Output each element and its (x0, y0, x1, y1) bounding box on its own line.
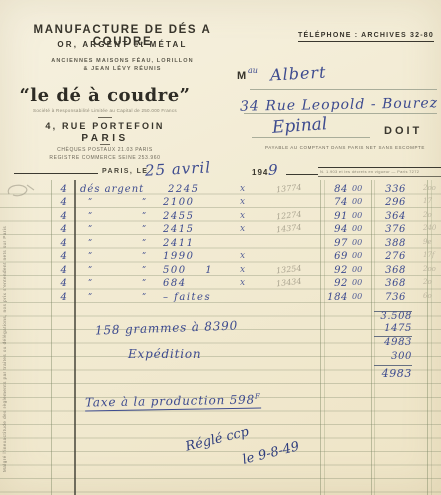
row-qty: 4 (56, 197, 72, 208)
divider-dash-top (98, 117, 112, 118)
ditto-mark-1: ” (88, 224, 92, 233)
row-margin-pencil: 2oo (423, 184, 436, 192)
row-margin-pencil: 17 (423, 197, 432, 205)
row-amount: 368 (378, 278, 406, 289)
salutation-hand: au (248, 66, 258, 75)
year-handwritten: 9 (268, 161, 278, 179)
telephone-line: TÉLÉPHONE : ARCHIVES 32-80 (298, 32, 434, 42)
row-qty: 4 (56, 251, 72, 262)
ditto-mark-1: ” (88, 278, 92, 287)
silver-amount-value: 1475 (370, 323, 412, 334)
legacy-houses-line2: & JEAN LÉVY RÉUNIS (15, 66, 230, 72)
ditto-mark-1: ” (88, 251, 92, 260)
addressee-name: Albert (270, 63, 327, 85)
date-handwritten: 25 avril (145, 158, 212, 179)
legal-note-tiny: N. 1.903 et les décrets en vigueur — Par… (320, 169, 438, 174)
dateline-rule-mid (286, 174, 318, 175)
brand-name: “le dé à coudre” (5, 85, 205, 106)
ditto-mark-1: ” (88, 238, 92, 247)
row-margin-pencil: 9e (423, 238, 432, 246)
row-check-mark: x (240, 251, 245, 261)
pencil-scribble (3, 181, 37, 201)
row-qty: 4 (56, 238, 72, 249)
row-amount: 736 (378, 292, 406, 303)
row-article-number: 500 1 (163, 265, 213, 276)
row-price-francs: 69 (326, 251, 348, 262)
addressee-street: 34 Rue Leopold - Bourez (240, 95, 438, 114)
totals-rule-3 (374, 365, 412, 366)
row-margin-pencil: 17f (423, 251, 435, 259)
row-check-mark: x (240, 265, 245, 275)
row-qty: 4 (56, 224, 72, 235)
row-check-mark: x (240, 184, 245, 194)
column-line-left-margin (51, 180, 52, 495)
grand-total-value: 4983 (370, 367, 412, 380)
row-amount: 368 (378, 265, 406, 276)
row-price-centimes: 00 (352, 251, 362, 260)
ditto-mark-2: ” (142, 238, 146, 247)
legacy-houses-line1: ANCIENNES MAISONS FÉAU, LORILLON (15, 58, 230, 64)
legal-note-rule-top (318, 167, 441, 168)
salutation-printed: M (237, 70, 246, 82)
row-article-number: 684 (163, 278, 187, 289)
row-article-number: 2100 (163, 197, 194, 208)
row-price-francs: 91 (326, 211, 348, 222)
cheques-postaux-line: CHÈQUES POSTAUX 21.03 PARIS (5, 147, 205, 153)
row-price-francs: 94 (326, 224, 348, 235)
row-qty: 4 (56, 292, 72, 303)
dateline-rule-left (14, 173, 98, 174)
row-margin-pencil: 2oo (423, 265, 436, 273)
row-article-number: – faites (163, 292, 211, 303)
payable-note: PAYABLE AU COMPTANT DANS PARIS NET SANS … (250, 145, 440, 150)
doit-label: DOIT (384, 125, 422, 137)
address-line-2 (244, 113, 437, 114)
row-price-francs: 92 (326, 278, 348, 289)
divider-dash-bottom (100, 144, 110, 145)
row-article-number: 2411 (163, 238, 194, 249)
row-amount: 376 (378, 224, 406, 235)
ditto-mark-1: ” (88, 265, 92, 274)
row-price-centimes: 00 (352, 278, 362, 287)
row-margin-pencil: 2o (423, 211, 432, 219)
row-qty: 4 (56, 278, 72, 289)
row-price-centimes: 00 (352, 265, 362, 274)
ditto-mark-2: ” (142, 292, 146, 301)
row-price-francs: 74 (326, 197, 348, 208)
address-line-3 (252, 137, 370, 138)
city-paris: PARIS (5, 133, 205, 144)
total-before-shipping: 4983 (370, 337, 412, 348)
row-article-number: 2245 (168, 184, 199, 195)
row-price-centimes: 00 (352, 184, 362, 193)
row-check-mark: x (240, 211, 245, 221)
row-qty: 4 (56, 265, 72, 276)
year-printed: 194 (252, 168, 268, 177)
row-article-number: 2455 (163, 211, 194, 222)
row-amount: 336 (378, 184, 406, 195)
row-price-centimes: 00 (352, 211, 362, 220)
production-tax-text: Taxe à la production 598 (85, 393, 255, 410)
row-price-centimes: 00 (352, 238, 362, 247)
row-margin-pencil: 240 (423, 224, 436, 232)
street-address: 4, RUE PORTEFOIN (5, 121, 205, 131)
row-price-centimes: 00 (352, 197, 362, 206)
tax-franc-sup: F (255, 392, 261, 400)
row-price-centimes: 00 (352, 292, 362, 301)
row-price-centimes: 00 (352, 224, 362, 233)
production-tax-note: Taxe à la production 598F (85, 392, 261, 411)
row-price-francs: 84 (326, 184, 348, 195)
expedition-label: Expédition (128, 347, 201, 361)
row-description: dés argent (80, 184, 144, 195)
ditto-mark-1: ” (88, 292, 92, 301)
row-amount: 296 (378, 197, 406, 208)
row-check-mark: x (240, 197, 245, 207)
row-amount: 276 (378, 251, 406, 262)
column-line-qty (74, 180, 76, 495)
row-check-mark: x (240, 224, 245, 234)
row-price-francs: 92 (326, 265, 348, 276)
margin-legal-text: Malgré l'inexactitude des règlements par… (2, 177, 7, 472)
row-price-francs: 97 (326, 238, 348, 249)
ditto-mark-1: ” (88, 197, 92, 206)
ditto-mark-2: ” (142, 265, 146, 274)
row-article-number: 2415 (163, 224, 194, 235)
ditto-mark-2: ” (142, 251, 146, 260)
row-price-francs: 184 (326, 292, 348, 303)
ditto-mark-2: ” (142, 224, 146, 233)
subtotal-value: 3.508 (370, 311, 412, 322)
brand-legal-sub: Société à Responsabilité Limitée au Capi… (5, 108, 205, 113)
ditto-mark-2: ” (142, 278, 146, 287)
paris-le-label: PARIS, LE (102, 168, 148, 175)
legal-note-rule-bottom (318, 176, 441, 177)
ditto-mark-1: ” (88, 211, 92, 220)
row-amount: 388 (378, 238, 406, 249)
row-check-mark: x (240, 278, 245, 288)
row-article-number: 1990 (163, 251, 194, 262)
row-margin-pencil: 2o (423, 278, 432, 286)
expedition-amount: 300 (370, 351, 412, 362)
company-subtitle: OR, ARGENT et MÉTAL (15, 40, 230, 49)
column-line-ref-a (320, 180, 321, 495)
row-amount: 364 (378, 211, 406, 222)
row-margin-pencil: 6o (423, 292, 432, 300)
invoice-document: MANUFACTURE DE DÉS A COUDRE OR, ARGENT e… (0, 0, 441, 495)
ditto-mark-2: ” (142, 211, 146, 220)
address-line-1 (250, 89, 437, 90)
column-line-ref-b (324, 180, 325, 495)
row-qty: 4 (56, 184, 72, 195)
row-qty: 4 (56, 211, 72, 222)
addressee-city: Epinal (271, 114, 328, 138)
ditto-mark-2: ” (142, 197, 146, 206)
